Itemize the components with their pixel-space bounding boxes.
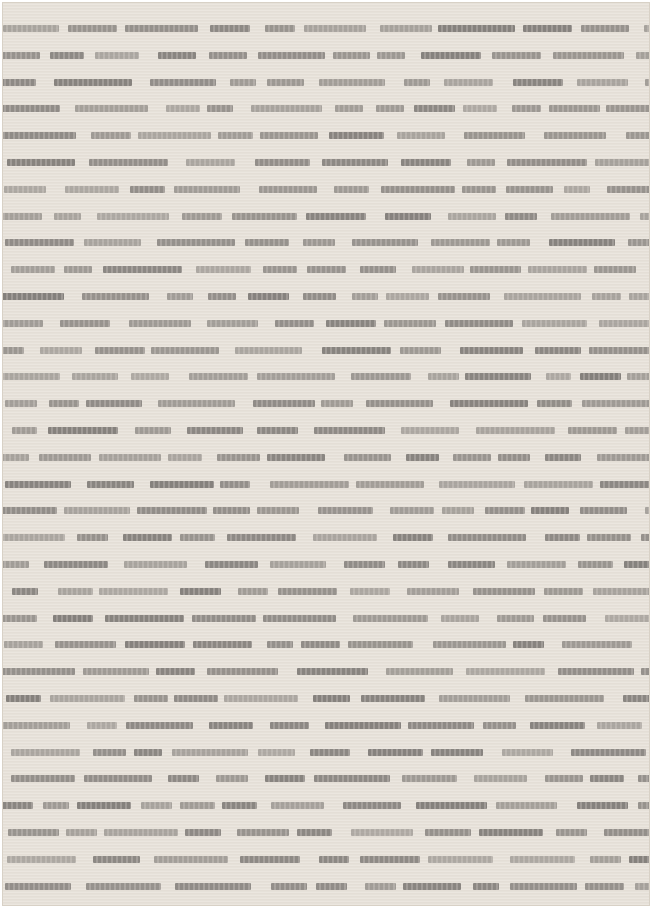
stripe-dash [301,641,340,648]
stripe-dash [385,213,431,220]
stripe-dash [433,641,506,648]
stripe-dash [448,534,526,541]
stripe-dash [545,775,583,782]
stripe-dash [220,481,250,488]
stripe-dash [407,588,459,595]
stripe-dash [504,293,581,300]
stripe-dash [625,427,650,434]
stripe-dash [230,79,256,86]
stripe-dash [428,373,458,380]
stripe-dash [580,373,621,380]
stripe-dash [6,695,41,702]
stripe-dash [403,883,462,890]
stripe-dash [439,481,515,488]
stripe-dash [530,722,585,729]
stripe-dash [546,373,571,380]
stripe-dash [463,105,497,112]
stripe-dash [193,641,253,648]
stripe-dash [464,132,525,139]
stripe-dash [7,856,76,863]
stripe-dash [319,79,385,86]
stripe-dash [645,507,650,514]
stripe-dash [582,400,650,407]
stripe-dash [166,105,200,112]
stripe-dash [507,561,566,568]
stripe-dash [351,373,411,380]
stripe-dash [217,454,260,461]
stripe-dash [325,722,401,729]
stripe-dash [352,239,418,246]
stripe-dash [322,159,388,166]
stripe-dash [571,749,646,756]
stripe-dash [72,373,118,380]
stripe-dash [255,159,311,166]
stripe-dash [129,320,191,327]
stripe-row [3,25,649,32]
stripe-dash [89,159,168,166]
stripe-dash [180,588,221,595]
stripe-dash [366,400,433,407]
stripe-dash [156,668,195,675]
stripe-dash [5,239,73,246]
stripe-dash [577,802,628,809]
stripe-dash [474,775,527,782]
stripe-dash [444,79,493,86]
stripe-dash [240,856,300,863]
stripe-dash [2,373,60,380]
stripe-dash [580,507,627,514]
stripe-dash [2,213,42,220]
stripe-dash [412,266,464,273]
stripe-dash [99,454,162,461]
stripe-dash [604,829,650,836]
stripe-dash [352,293,378,300]
stripe-dash [597,454,650,461]
stripe-dash [104,829,177,836]
stripe-row [3,775,649,782]
stripe-dash [263,266,297,273]
stripe-dash [543,615,586,622]
stripe-dash [344,454,391,461]
stripe-dash [448,561,495,568]
stripe-dash [467,159,495,166]
stripe-dash [5,481,71,488]
stripe-dash [406,454,439,461]
stripe-dash [2,293,64,300]
stripe-dash [402,775,457,782]
stripe-dash [124,561,187,568]
stripe-row [3,105,649,112]
stripe-dash [600,481,650,488]
stripe-dash [48,427,119,434]
stripe-dash [448,213,496,220]
stripe-dash [182,213,222,220]
stripe-row [3,159,649,166]
stripe-dash [270,722,309,729]
stripe-dash [507,159,586,166]
stripe-row [3,695,649,702]
stripe-dash [438,293,490,300]
stripe-dash [414,105,455,112]
stripe-dash [525,695,605,702]
stripe-row [3,829,649,836]
stripe-dash [595,159,650,166]
stripe-dash [105,615,184,622]
stripe-dash [232,213,297,220]
stripe-dash [398,561,428,568]
stripe-dash [2,132,76,139]
stripe-dash [187,427,243,434]
stripe-dash [278,588,337,595]
stripe-dash [222,802,257,809]
stripe-dash [641,534,650,541]
stripe-dash [581,25,629,32]
stripe-dash [216,775,248,782]
stripe-dash [350,588,390,595]
stripe-dash [492,52,541,59]
stripe-dash [180,534,215,541]
stripe-dash [50,52,83,59]
stripe-dash [551,213,629,220]
stripe-dash [123,534,172,541]
stripe-dash [313,534,376,541]
stripe-dash [180,802,215,809]
stripe-dash [502,749,552,756]
stripe-dash [131,373,169,380]
stripe-dash [624,561,650,568]
stripe-dash [267,641,294,648]
stripe-dash [465,373,531,380]
stripe-dash [510,883,577,890]
stripe-row [3,883,649,890]
stripe-dash [460,347,523,354]
stripe-dash [535,347,581,354]
stripe-dash [319,856,349,863]
stripe-dash [39,454,91,461]
stripe-dash [196,266,251,273]
stripe-row [3,588,649,595]
stripe-dash [207,320,258,327]
stripe-dash [376,105,405,112]
stripe-dash [314,775,390,782]
stripe-dash [627,373,650,380]
stripe-dash [343,802,400,809]
stripe-dash [607,186,650,193]
stripe-dash [606,105,650,112]
stripe-dash [95,347,144,354]
stripe-dash [253,400,315,407]
stripe-dash [360,266,397,273]
stripe-dash [87,722,118,729]
stripe-dash [77,802,131,809]
stripe-dash [321,400,353,407]
stripe-dash [2,507,56,514]
stripe-dash [397,132,445,139]
stripe-dash [192,615,256,622]
stripe-dash [11,775,75,782]
stripe-dash [628,239,650,246]
stripe-dash [60,320,110,327]
stripe-dash [506,186,553,193]
stripe-dash [151,347,219,354]
stripe-dash [126,722,193,729]
stripe-dash [205,561,258,568]
stripe-dash [2,52,40,59]
stripe-dash [512,105,542,112]
stripe-dash [2,105,60,112]
stripe-dash [485,507,525,514]
stripe-dash [438,25,515,32]
stripe-dash [307,266,345,273]
stripe-dash [103,266,182,273]
stripe-dash [505,213,537,220]
stripe-row [3,641,649,648]
stripe-dash [83,668,149,675]
stripe-dash [141,802,172,809]
stripe-row [3,293,649,300]
stripe-dash [304,25,366,32]
stripe-dash [8,829,59,836]
stripe-dash [4,186,46,193]
stripe-dash [498,454,530,461]
stripe-row [3,561,649,568]
stripe-dash [353,615,428,622]
stripe-dash [470,266,522,273]
stripe-dash [271,802,324,809]
stripe-dash [528,266,587,273]
stripe-dash [172,749,249,756]
stripe-row [3,79,649,86]
stripe-dash [218,132,253,139]
stripe-dash [257,427,298,434]
stripe-dash [40,347,83,354]
stripe-dash [11,749,80,756]
stripe-dash [537,400,572,407]
stripe-dash [441,615,478,622]
stripe-dash [313,695,349,702]
stripe-dash [270,481,349,488]
stripe-dash [587,534,631,541]
stripe-dash [361,695,426,702]
stripe-dash [416,802,487,809]
stripe-dash [479,829,543,836]
stripe-dash [64,266,92,273]
stripe-row [3,668,649,675]
stripe-dash [431,749,483,756]
stripe-dash [335,105,363,112]
stripe-dash [626,132,650,139]
stripe-dash [425,829,470,836]
stripe-dash [53,615,93,622]
stripe-dash [2,668,75,675]
stripe-dash [562,641,632,648]
stripe-dash [75,105,148,112]
stripe-dash [629,293,650,300]
stripe-dash [65,186,118,193]
stripe-row [3,320,649,327]
stripe-dash [49,400,79,407]
stripe-dash [157,239,235,246]
stripe-dash [404,79,429,86]
stripe-dash [50,695,125,702]
stripe-dash [597,722,642,729]
stripe-dash [2,347,24,354]
stripe-dash [428,856,492,863]
stripe-dash [635,883,650,890]
stripe-dash [3,25,59,32]
stripe-dash [5,400,37,407]
stripe-dash [636,52,650,59]
stripe-row [3,186,649,193]
stripe-dash [263,615,337,622]
stripe-dash [360,856,420,863]
stripe-dash [365,883,396,890]
stripe-dash [58,588,93,595]
stripe-dash [442,507,473,514]
stripe-dash [334,186,369,193]
stripe-dash [431,239,490,246]
stripe-dash [641,668,650,675]
stripe-dash [11,266,55,273]
stripe-dash [209,52,247,59]
stripe-dash [167,293,193,300]
stripe-dash [138,132,211,139]
stripe-row [3,802,649,809]
stripe-dash [150,481,214,488]
stripe-row [3,534,649,541]
stripe-dash [7,159,75,166]
stripe-dash [400,347,442,354]
stripe-dash [260,132,318,139]
stripe-dash [329,132,384,139]
stripe-row [3,615,649,622]
stripe-dash [125,25,198,32]
stripe-dash [544,132,606,139]
stripe-dash [5,883,71,890]
stripe-dash [640,213,650,220]
stripe-dash [95,52,139,59]
stripe-dash [513,79,563,86]
stripe-dash [629,856,650,863]
stripe-dash [44,561,108,568]
stripe-row [3,347,649,354]
stripe-dash [84,239,141,246]
stripe-row [3,722,649,729]
stripe-dash [322,347,391,354]
stripe-dash [257,507,299,514]
rug-photo [2,2,650,906]
stripe-dash [2,722,70,729]
stripe-dash [462,186,496,193]
stripe-dash [564,186,591,193]
stripe-dash [238,588,268,595]
stripe-dash [593,588,650,595]
stripe-dash [224,695,298,702]
stripe-dash [326,320,376,327]
stripe-dash [578,561,612,568]
stripe-dash [401,427,459,434]
stripe-dash [393,534,433,541]
stripe-dash [259,186,317,193]
stripe-dash [174,186,240,193]
stripe-dash [558,668,634,675]
stripe-dash [270,561,326,568]
stripe-dash [589,347,650,354]
stripe-dash [275,320,314,327]
stripe-dash [421,52,482,59]
stripe-dash [380,25,432,32]
stripe-dash [351,829,413,836]
stripe-dash [82,293,148,300]
stripe-dash [135,427,171,434]
stripe-dash [592,293,621,300]
stripe-dash [93,856,141,863]
stripe-dash [473,588,535,595]
stripe-dash [497,239,530,246]
stripe-dash [168,454,202,461]
stripe-dash [185,829,221,836]
stripe-dash [384,320,436,327]
stripe-dash [2,454,29,461]
stripe-row [3,427,649,434]
stripe-dash [466,668,545,675]
stripe-dash [97,213,169,220]
stripe-row [3,52,649,59]
stripe-dash [2,561,29,568]
stripe-dash [2,320,43,327]
stripe-dash [333,52,370,59]
stripe-dash [408,722,474,729]
stripe-dash [310,749,350,756]
stripe-dash [86,400,142,407]
stripe-dash [54,79,132,86]
stripe-dash [189,373,248,380]
stripe-dash [2,615,37,622]
stripe-row [3,266,649,273]
stripe-dash [175,883,251,890]
stripe-dash [386,293,429,300]
stripe-dash [68,25,117,32]
stripe-dash [271,883,306,890]
stripe-dash [496,802,557,809]
stripe-row [3,749,649,756]
stripe-dash [12,588,39,595]
stripe-dash [344,561,385,568]
stripe-dash [556,829,587,836]
stripe-dash [476,427,556,434]
stripe-row [3,856,649,863]
stripe-dash [2,802,33,809]
stripe-dash [66,829,97,836]
stripe-dash [207,668,277,675]
stripe-dash [134,749,162,756]
stripe-dash [2,534,65,541]
stripe-dash [267,79,304,86]
stripe-dash [356,481,424,488]
stripe-dash [154,856,228,863]
stripe-dash [599,320,650,327]
stripe-dash [267,454,325,461]
stripe-row [3,132,649,139]
stripe-dash [549,239,615,246]
stripe-dash [265,775,305,782]
stripe-dash [483,722,516,729]
stripe-dash [43,802,69,809]
stripe-dash [594,266,636,273]
stripe-dash [590,856,621,863]
stripe-dash [623,695,650,702]
stripe-dash [545,534,580,541]
